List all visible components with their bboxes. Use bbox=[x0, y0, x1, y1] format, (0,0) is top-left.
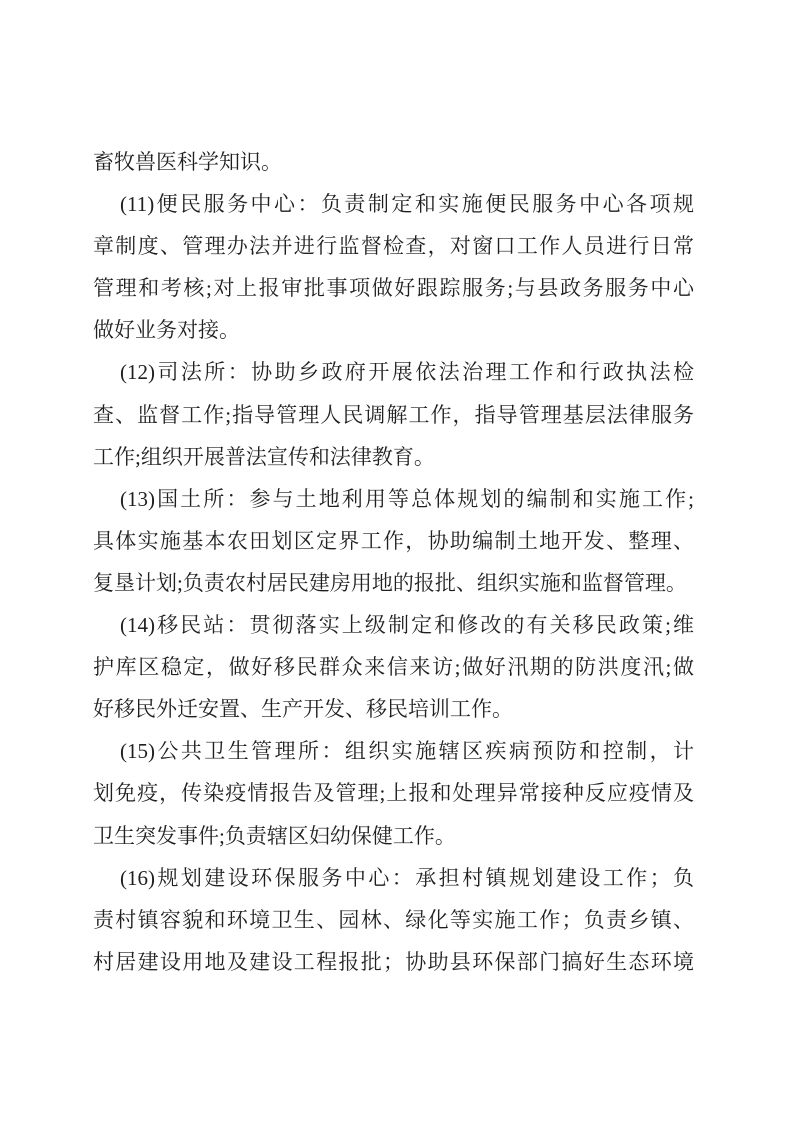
text-line: 卫生突发事件;负责辖区妇幼保健工作。 bbox=[93, 815, 694, 857]
text-line: 护库区稳定，做好移民群众来信来访;做好汛期的防洪度汛;做 bbox=[93, 646, 694, 688]
text-line: 好移民外迁安置、生产开发、移民培训工作。 bbox=[93, 688, 694, 730]
text-line: 畜牧兽医科学知识。 bbox=[93, 141, 694, 183]
document-page: 畜牧兽医科学知识。(11)便民服务中心：负责制定和实施便民服务中心各项规章制度、… bbox=[0, 0, 793, 1122]
text-line: (15)公共卫生管理所：组织实施辖区疾病预防和控制，计 bbox=[93, 730, 694, 772]
text-line: 工作;组织开展普法宣传和法律教育。 bbox=[93, 436, 694, 478]
text-line: (13)国土所：参与土地利用等总体规划的编制和实施工作; bbox=[93, 478, 694, 520]
text-line: (14)移民站：贯彻落实上级制定和修改的有关移民政策;维 bbox=[93, 604, 694, 646]
text-line: (11)便民服务中心：负责制定和实施便民服务中心各项规 bbox=[93, 183, 694, 225]
text-line: 复垦计划;负责农村居民建房用地的报批、组织实施和监督管理。 bbox=[93, 562, 694, 604]
text-line: 管理和考核;对上报审批事项做好跟踪服务;与县政务服务中心 bbox=[93, 267, 694, 309]
text-line: 做好业务对接。 bbox=[93, 309, 694, 351]
text-line: 查、监督工作;指导管理人民调解工作，指导管理基层法律服务 bbox=[93, 394, 694, 436]
text-line: (12)司法所：协助乡政府开展依法治理工作和行政执法检 bbox=[93, 351, 694, 393]
text-line: 划免疫，传染疫情报告及管理;上报和处理异常接种反应疫情及 bbox=[93, 772, 694, 814]
text-line: (16)规划建设环保服务中心：承担村镇规划建设工作；负 bbox=[93, 857, 694, 899]
document-text-block: 畜牧兽医科学知识。(11)便民服务中心：负责制定和实施便民服务中心各项规章制度、… bbox=[93, 141, 694, 983]
text-line: 责村镇容貌和环境卫生、园林、绿化等实施工作；负责乡镇、 bbox=[93, 899, 694, 941]
text-line: 章制度、管理办法并进行监督检查，对窗口工作人员进行日常 bbox=[93, 225, 694, 267]
text-line: 具体实施基本农田划区定界工作，协助编制土地开发、整理、 bbox=[93, 520, 694, 562]
text-line: 村居建设用地及建设工程报批；协助县环保部门搞好生态环境 bbox=[93, 941, 694, 983]
